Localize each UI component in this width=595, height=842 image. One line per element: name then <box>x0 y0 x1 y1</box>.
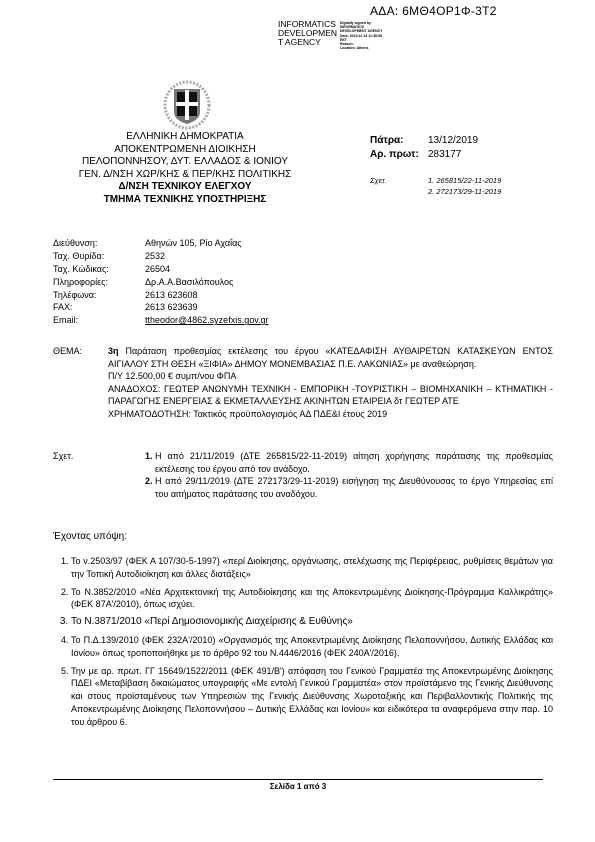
contact-value: Δρ.Α.Α.Βασιλόπουλος <box>145 277 233 287</box>
subject-text: Παράταση προθεσμίας εκτέλεσης του έργου … <box>108 346 553 369</box>
org-department: ΤΜΗΜΑ ΤΕΧΝΙΚΗΣ ΥΠΟΣΤΗΡΙΞΗΣ <box>60 194 310 207</box>
org-line: ΓΕΝ. Δ/ΝΣΗ ΧΩΡ/ΚΗΣ & ΠΕΡ/ΚΗΣ ΠΟΛΙΤΙΚΗΣ <box>60 169 310 182</box>
related-doc-item: Η από 29/11/2019 (ΔΤΕ 272173/29-11-2019)… <box>155 475 553 500</box>
subject-funding: ΧΡΗΜΑΤΟΔΟΤΗΣΗ: Τακτικός προϋπολογισμός Α… <box>108 408 553 421</box>
contact-value: 26504 <box>145 264 170 274</box>
contact-value: 2613 623608 <box>145 290 198 300</box>
protocol-number: 283177 <box>428 149 461 160</box>
considering-list: Το ν.2503/97 (ΦΕΚ Α 107/30-5-1997) «περί… <box>53 555 553 734</box>
email-link[interactable]: ttheodor@4862.syzefxis.gov.gr <box>145 315 269 325</box>
org-line: ΑΠΟΚΕΝΤΡΩΜΕΝΗ ΔΙΟΙΚΗΣΗ <box>60 144 310 157</box>
subject-label: ΘΕΜΑ: <box>53 345 82 358</box>
greek-coat-of-arms-icon <box>162 80 212 130</box>
contact-label: Διεύθυνση: <box>53 238 145 248</box>
digital-signature-stamp: Digitally signed by INFORMATICS DEVELOPM… <box>340 21 382 50</box>
related-references: Σχετ. 1. 265815/22-11-2019 2. 272173/29-… <box>370 176 501 198</box>
subject-contractor: ΑΝΑΔΟΧΟΣ: ΓΕΩΤΕΡ ΑΝΩΝΥΜΗ ΤΕΧΝΙΚΗ - ΕΜΠΟΡ… <box>108 383 553 408</box>
contact-label: Ταχ. Θυρίδα: <box>53 251 145 261</box>
footer-divider <box>53 779 543 780</box>
contact-value: 2613 623639 <box>145 302 198 312</box>
considering-item: Το Ν.3871/2010 «Περί Δημοσιονομικής Διαχ… <box>71 616 553 629</box>
considering-item: Την με αρ. πρωτ. ΓΓ 15649/1522/2011 (ΦΕΚ… <box>71 665 553 729</box>
place-label: Πάτρα: <box>370 135 428 146</box>
contact-details: Διεύθυνση:Αθηνών 105, Ρίο Αχαΐας Ταχ. Θυ… <box>53 237 269 327</box>
ida-line: T AGENCY <box>278 38 337 47</box>
org-line: ΕΛΛΗΝΙΚΗ ΔΗΜΟΚΡΑΤΙΑ <box>60 131 310 144</box>
email-label: Email: <box>53 315 145 325</box>
considering-heading: Έχοντας υπόψη: <box>53 531 127 542</box>
contact-label: FAX: <box>53 302 145 312</box>
contact-label: Ταχ. Κώδικας: <box>53 264 145 274</box>
contact-label: Τηλέφωνα: <box>53 290 145 300</box>
contact-label: Πληροφορίες: <box>53 277 145 287</box>
page-number: Σελίδα 1 από 3 <box>53 782 543 791</box>
protocol-label: Αρ. πρωτ: <box>370 149 428 160</box>
related-ref: 1. 265815/22-11-2019 <box>428 176 501 187</box>
signature-line: DEVELOPMENT AGENCY <box>340 29 382 33</box>
ada-code: ΑΔΑ: 6ΜΘ4ΟΡ1Φ-3Τ2 <box>370 4 497 18</box>
subject-block: ΘΕΜΑ: 3η Παράταση προθεσμίας εκτέλεσης τ… <box>53 345 553 421</box>
signature-line: Location: Athens <box>340 46 382 50</box>
subject-ordinal: 3η <box>108 346 119 356</box>
org-line: ΠΕΛΟΠΟΝΝΗΣΟΥ, ΔΥΤ. ΕΛΛΑΔΟΣ & ΙΟΝΙΟΥ <box>60 156 310 169</box>
related-ref: 2. 272173/29-11-2019 <box>428 187 501 198</box>
related-documents: Σχετ. Η από 21/11/2019 (ΔΤΕ 265815/22-11… <box>53 450 553 500</box>
related-docs-label: Σχετ. <box>53 450 73 463</box>
document-meta: Πάτρα: 13/12/2019 Αρ. πρωτ: 283177 <box>370 133 478 161</box>
considering-item: Το Π.Δ.139/2010 (ΦΕΚ 232Α'/2010) «Οργανι… <box>71 634 553 660</box>
contact-value: 2532 <box>145 251 165 261</box>
contact-value: Αθηνών 105, Ρίο Αχαΐας <box>145 238 242 248</box>
ida-logo: INFORMATICS DEVELOPMEN T AGENCY <box>278 20 337 47</box>
related-label: Σχετ. <box>370 176 428 187</box>
place-date: 13/12/2019 <box>428 135 478 146</box>
issuing-authority: ΕΛΛΗΝΙΚΗ ΔΗΜΟΚΡΑΤΙΑ ΑΠΟΚΕΝΤΡΩΜΕΝΗ ΔΙΟΙΚΗ… <box>60 131 310 206</box>
org-directorate: Δ/ΝΣΗ ΤΕΧΝΙΚΟΥ ΕΛΕΓΧΟΥ <box>60 181 310 194</box>
considering-item: Το Ν.3852/2010 «Νέα Αρχιτεκτονική της Αυ… <box>71 586 553 612</box>
related-doc-item: Η από 21/11/2019 (ΔΤΕ 265815/22-11-2019)… <box>155 450 553 475</box>
considering-item: Το ν.2503/97 (ΦΕΚ Α 107/30-5-1997) «περί… <box>71 555 553 581</box>
subject-budget: Π/Υ 12.500,00 € συμπ/νου ΦΠΑ <box>108 370 553 383</box>
